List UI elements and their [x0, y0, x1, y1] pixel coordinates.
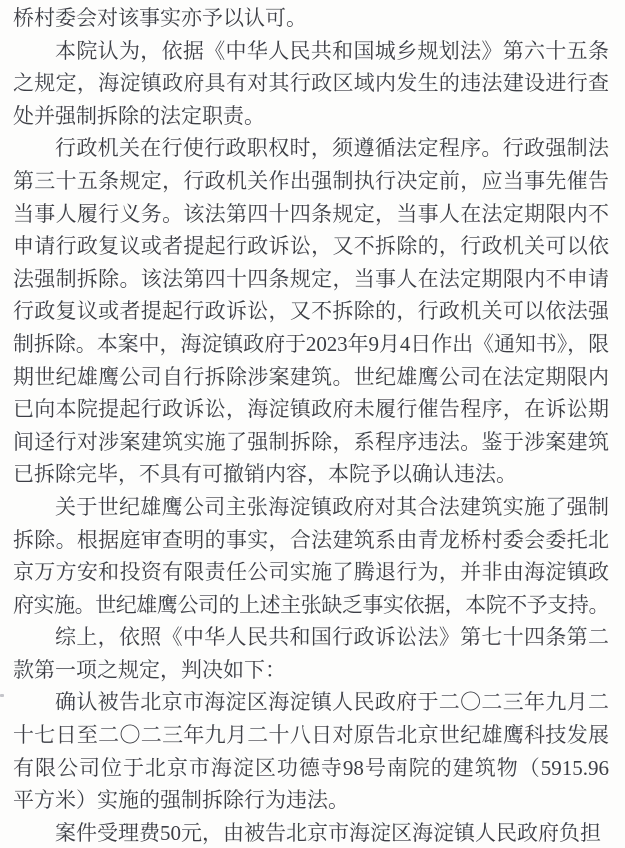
paragraph: 行政机关在行使行政职权时，须遵循法定程序。行政强制法第三十五条规定，行政机关作出… — [13, 132, 609, 491]
text-line: 已向本院提起行政诉讼，海淀镇政府未履行催告程序，在诉讼期 — [13, 393, 609, 426]
text-line: 制拆除。本案中，海淀镇政府于2023年9月4日作出《通知书》，限 — [13, 328, 609, 361]
text-line: 申请行政复议或者提起行政诉讼，又不拆除的，行政机关可以依 — [13, 230, 609, 263]
text-line: 之规定，海淀镇政府具有对其行政区域内发生的违法建设进行查 — [13, 67, 609, 100]
text-line: 行政机关在行使行政职权时，须遵循法定程序。行政强制法 — [13, 132, 609, 165]
text-line: 京万方安和投资有限责任公司实施了腾退行为，并非由海淀镇政 — [13, 556, 609, 589]
text-line: 已拆除完毕，不具有可撤销内容，本院予以确认违法。 — [13, 458, 609, 491]
text-line: 本院认为，依据《中华人民共和国城乡规划法》第六十五条 — [13, 35, 609, 68]
document-body: 桥村委会对该事实亦予以认可。本院认为，依据《中华人民共和国城乡规划法》第六十五条… — [0, 0, 625, 848]
text-line: 府实施。世纪雄鹰公司的上述主张缺乏事实依据，本院不予支持。 — [13, 589, 609, 622]
paragraph: 关于世纪雄鹰公司主张海淀镇政府对其合法建筑实施了强制拆除。根据庭审查明的事实，合… — [13, 491, 609, 621]
text-line: 桥村委会对该事实亦予以认可。 — [13, 2, 609, 35]
text-line: 行政复议或者提起行政诉讼，又不拆除的，行政机关可以依法强 — [13, 295, 609, 328]
text-line: 处并强制拆除的法定职责。 — [13, 100, 609, 133]
paragraph: 本院认为，依据《中华人民共和国城乡规划法》第六十五条之规定，海淀镇政府具有对其行… — [13, 35, 609, 133]
text-line: 确认被告北京市海淀区海淀镇人民政府于二〇二三年九月二 — [13, 686, 609, 719]
scan-artifact — [0, 694, 4, 697]
document-paragraphs: 桥村委会对该事实亦予以认可。本院认为，依据《中华人民共和国城乡规划法》第六十五条… — [13, 2, 609, 848]
text-line: 第三十五条规定，行政机关作出强制执行决定前，应当事先催告 — [13, 165, 609, 198]
paragraph: 确认被告北京市海淀区海淀镇人民政府于二〇二三年九月二十七日至二〇二三年九月二十八… — [13, 686, 609, 816]
text-line: 十七日至二〇二三年九月二十八日对原告北京世纪雄鹰科技发展 — [13, 719, 609, 752]
text-line: 平方米）实施的强制拆除行为违法。 — [13, 784, 609, 817]
text-line: 间迳行对涉案建筑实施了强制拆除，系程序违法。鉴于涉案建筑 — [13, 426, 609, 459]
text-line: 综上，依照《中华人民共和国行政诉讼法》第七十四条第二 — [13, 621, 609, 654]
text-line: 关于世纪雄鹰公司主张海淀镇政府对其合法建筑实施了强制 — [13, 491, 609, 524]
text-line: 当事人履行义务。该法第四十四条规定，当事人在法定期限内不 — [13, 198, 609, 231]
judgment-document-page: 桥村委会对该事实亦予以认可。本院认为，依据《中华人民共和国城乡规划法》第六十五条… — [0, 0, 625, 848]
paragraph: 综上，依照《中华人民共和国行政诉讼法》第七十四条第二款第一项之规定，判决如下： — [13, 621, 609, 686]
text-line: 案件受理费50元，由被告北京市海淀区海淀镇人民政府负担 — [13, 817, 609, 848]
text-line: 期世纪雄鹰公司自行拆除涉案建筑。世纪雄鹰公司在法定期限内 — [13, 361, 609, 394]
text-line: 有限公司位于北京市海淀区功德寺98号南院的建筑物（5915.96 — [13, 752, 609, 785]
text-line: 法强制拆除。该法第四十四条规定，当事人在法定期限内不申请 — [13, 263, 609, 296]
paragraph: 案件受理费50元，由被告北京市海淀区海淀镇人民政府负担 — [13, 817, 609, 848]
paragraph: 桥村委会对该事实亦予以认可。 — [13, 2, 609, 35]
text-line: 款第一项之规定，判决如下： — [13, 654, 609, 687]
text-line: 拆除。根据庭审查明的事实，合法建筑系由青龙桥村委会委托北 — [13, 524, 609, 557]
